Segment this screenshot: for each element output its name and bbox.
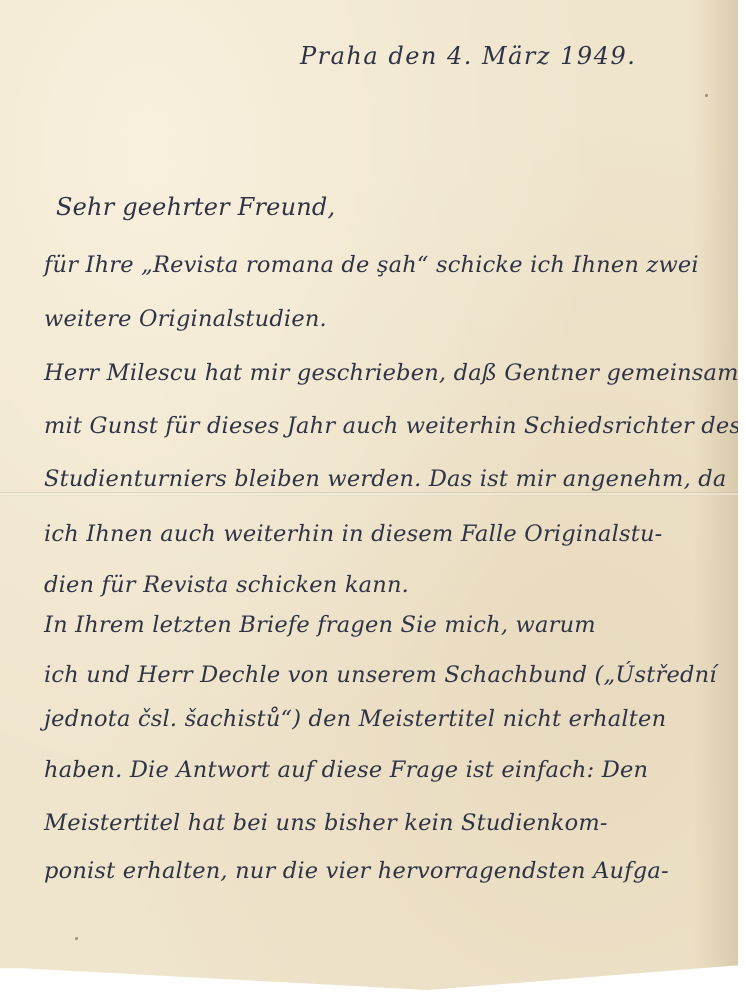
letter-line: mit Gunst für dieses Jahr auch weiterhin… (44, 413, 741, 439)
letter-line: In Ihrem letzten Briefe fragen Sie mich,… (44, 612, 596, 638)
paper-speck (75, 937, 78, 940)
letter-line: haben. Die Antwort auf diese Frage ist e… (44, 757, 648, 783)
letter-sheet: Praha den 4. März 1949. Sehr geehrter Fr… (0, 0, 738, 990)
place-date: Praha den 4. März 1949. (300, 42, 636, 70)
letter-line: Studienturniers bleiben werden. Das ist … (44, 466, 727, 492)
letter-line: ich und Herr Dechle von unserem Schachbu… (44, 662, 717, 688)
salutation: Sehr geehrter Freund, (56, 193, 335, 221)
paper-speck (705, 94, 708, 97)
letter-line: Herr Milescu hat mir geschrieben, daß Ge… (44, 360, 739, 386)
letter-line: dien für Revista schicken kann. (44, 572, 409, 598)
letter-line: ich Ihnen auch weiterhin in diesem Falle… (44, 521, 662, 547)
letter-line: für Ihre „Revista romana de şah“ schicke… (44, 252, 699, 278)
letter-line: Meistertitel hat bei uns bisher kein Stu… (44, 810, 608, 836)
letter-line: ponist erhalten, nur die vier hervorrage… (44, 858, 669, 884)
letter-line: weitere Originalstudien. (44, 306, 327, 332)
letter-line: jednota čsl. šachistů“) den Meistertitel… (44, 706, 666, 732)
paper-fold-crease (0, 492, 738, 496)
